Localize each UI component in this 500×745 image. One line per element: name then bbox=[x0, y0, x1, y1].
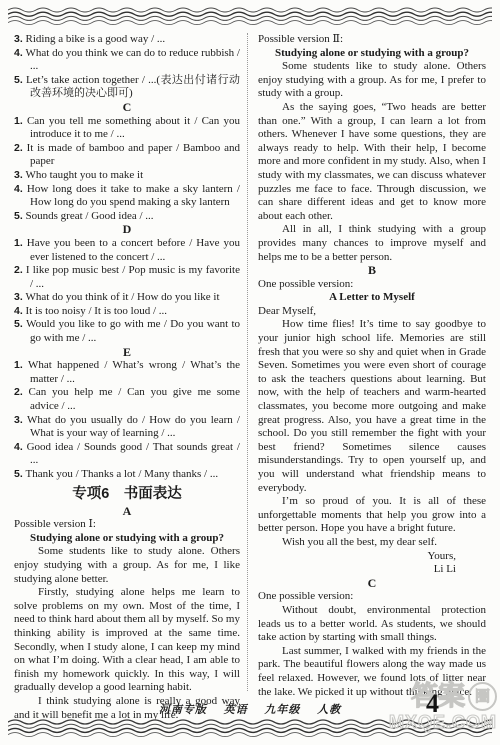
column-divider bbox=[247, 33, 248, 691]
section-letter: E bbox=[14, 346, 240, 360]
item-number: 5. bbox=[14, 318, 23, 330]
answer-item: 2. Can you help me / Can you give me som… bbox=[14, 386, 240, 413]
section-letter: C bbox=[258, 577, 486, 591]
answer-book-page: { "footer": { "edition": "河南专版", "subjec… bbox=[0, 0, 500, 745]
essay-title: Studying alone or studying with a group? bbox=[14, 532, 240, 546]
footer-grade: 九年级 bbox=[264, 704, 300, 716]
item-number: 4. bbox=[14, 183, 23, 195]
essay-paragraph: As the saying goes, “Two heads are bette… bbox=[258, 101, 486, 223]
footer-publisher: 人教 bbox=[317, 704, 341, 716]
item-number: 1. bbox=[14, 115, 23, 127]
section-letter: B bbox=[258, 264, 486, 278]
section-heading: 专项6 书面表达 bbox=[14, 484, 240, 504]
version-label: One possible version: bbox=[258, 590, 486, 604]
page-content: 3. Riding a bike is a good way / ...4. W… bbox=[14, 33, 486, 695]
answer-item: 1. Can you tell me something about it / … bbox=[14, 115, 240, 142]
answer-item: 1. Have you been to a concert before / H… bbox=[14, 237, 240, 264]
essay-title: Studying alone or studying with a group? bbox=[258, 47, 486, 61]
signature-line: Li Li bbox=[258, 563, 486, 577]
essay-paragraph: How time flies! It’s time to say goodbye… bbox=[258, 318, 486, 495]
item-number: 2. bbox=[14, 386, 23, 398]
essay-paragraph: Some students like to study alone. Other… bbox=[14, 545, 240, 586]
essay-paragraph: Wish you all the best, my dear self. bbox=[258, 536, 486, 550]
item-number: 2. bbox=[14, 264, 23, 276]
page-footer: 河南专版 英语 九年级 人教 bbox=[0, 704, 500, 718]
wavy-border-top bbox=[8, 6, 492, 26]
answer-item: 5. Would you like to go with me / Do you… bbox=[14, 318, 240, 345]
item-number: 3. bbox=[14, 291, 23, 303]
page-number: 4 bbox=[426, 697, 439, 711]
item-number: 3. bbox=[14, 169, 23, 181]
item-number: 4. bbox=[14, 305, 23, 317]
answer-item: 5. Let’s take action together / ...(表达出付… bbox=[14, 74, 240, 101]
essay-paragraph: Some students like to study alone. Other… bbox=[258, 60, 486, 101]
item-number: 3. bbox=[14, 33, 23, 45]
item-number: 5. bbox=[14, 468, 23, 480]
essay-paragraph: Firstly, studying alone helps me learn t… bbox=[14, 586, 240, 695]
item-number: 5. bbox=[14, 210, 23, 222]
section-letter: A bbox=[14, 505, 240, 519]
item-number: 4. bbox=[14, 47, 23, 59]
signature-line: Yours, bbox=[258, 550, 486, 564]
essay-paragraph: Without doubt, environmental protection … bbox=[258, 604, 486, 645]
version-label: One possible version: bbox=[258, 278, 486, 292]
essay-title: A Letter to Myself bbox=[258, 291, 486, 305]
answer-item: 2. It is made of bamboo and paper / Bamb… bbox=[14, 142, 240, 169]
footer-edition: 河南专版 bbox=[159, 704, 207, 716]
answer-item: 3. What do you usually do / How do you l… bbox=[14, 414, 240, 441]
version-label: Possible version Ⅱ: bbox=[258, 33, 486, 47]
item-number: 5. bbox=[14, 74, 23, 86]
answer-item: 4. Good idea / Sounds good / That sounds… bbox=[14, 441, 240, 468]
item-number: 4. bbox=[14, 441, 23, 453]
item-number: 1. bbox=[14, 237, 23, 249]
answer-item: 1. What happened / What’s wrong / What’s… bbox=[14, 359, 240, 386]
item-number: 3. bbox=[14, 414, 23, 426]
footer-subject: 英语 bbox=[224, 704, 248, 716]
essay-paragraph: All in all, I think studying with a grou… bbox=[258, 223, 486, 264]
right-column: Possible version Ⅱ:Studying alone or stu… bbox=[258, 33, 486, 695]
answer-item: 4. It is too noisy / It is too loud / ..… bbox=[14, 305, 240, 319]
section-letter: C bbox=[14, 101, 240, 115]
item-number: 1. bbox=[14, 359, 23, 371]
answer-item: 3. What do you think of it / How do you … bbox=[14, 291, 240, 305]
version-label: Dear Myself, bbox=[258, 305, 486, 319]
essay-paragraph: I’m so proud of you. It is all of these … bbox=[258, 495, 486, 536]
answer-item: 3. Who taught you to make it bbox=[14, 169, 240, 183]
answer-item: 3. Riding a bike is a good way / ... bbox=[14, 33, 240, 47]
item-number: 2. bbox=[14, 142, 23, 154]
answer-item: 2. I like pop music best / Pop music is … bbox=[14, 264, 240, 291]
answer-item: 4. What do you think we can do to reduce… bbox=[14, 47, 240, 74]
version-label: Possible version Ⅰ: bbox=[14, 518, 240, 532]
answer-item: 4. How long does it take to make a sky l… bbox=[14, 183, 240, 210]
section-letter: D bbox=[14, 223, 240, 237]
answer-item: 5. Thank you / Thanks a lot / Many thank… bbox=[14, 468, 240, 482]
left-column: 3. Riding a bike is a good way / ...4. W… bbox=[14, 33, 240, 695]
answer-item: 5. Sounds great / Good idea / ... bbox=[14, 210, 240, 224]
